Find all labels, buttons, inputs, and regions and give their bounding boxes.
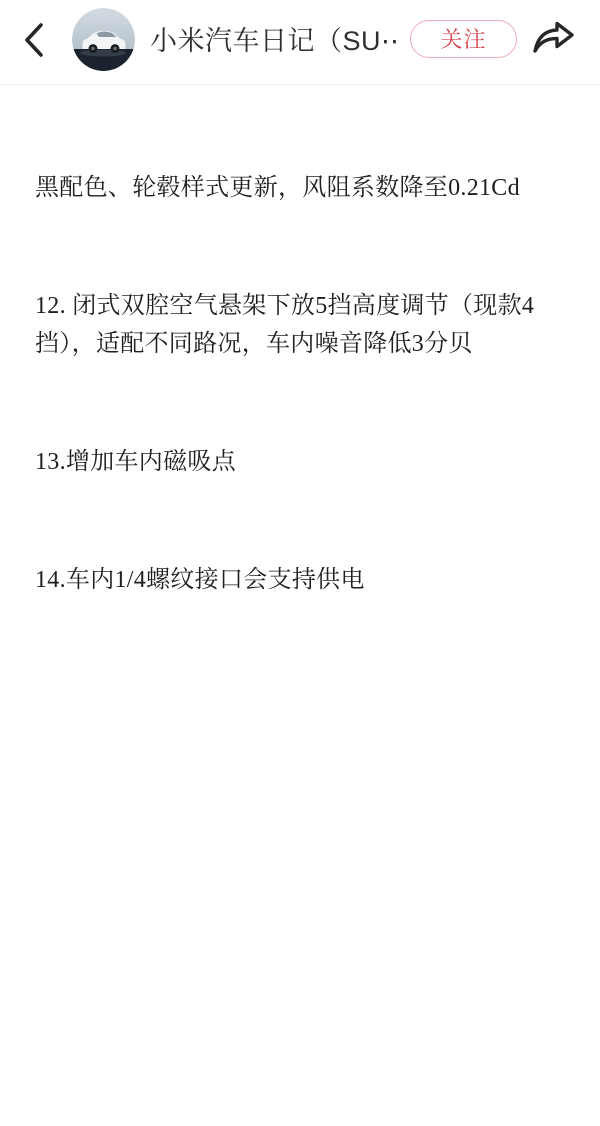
follow-button[interactable]: 关注	[410, 20, 517, 58]
paragraph: 黑配色、轮毂样式更新，风阻系数降至0.21Cd	[35, 169, 565, 207]
back-button[interactable]	[14, 16, 54, 64]
paragraph: 13.增加车内磁吸点	[35, 443, 565, 481]
chevron-left-icon	[23, 21, 45, 59]
navbar: 小米汽车日记（SU⋯ 关注	[0, 0, 600, 85]
article-content: 黑配色、轮毂样式更新，风阻系数降至0.21Cd 12. 闭式双腔空气悬架下放5挡…	[0, 86, 600, 679]
paragraph: 12. 闭式双腔空气悬架下放5挡高度调节（现款4 挡），适配不同路况，车内噪音降…	[35, 287, 565, 363]
avatar[interactable]	[72, 8, 135, 71]
screen: 小米汽车日记（SU⋯ 关注 黑配色、轮毂样式更新，风阻系数降至0.21Cd 12…	[0, 0, 600, 1126]
share-button[interactable]	[527, 17, 579, 63]
car-avatar-image	[72, 8, 135, 71]
paragraph: 14.车内1/4螺纹接口会支持供电	[35, 561, 565, 599]
page-title: 小米汽车日记（SU⋯	[150, 26, 400, 56]
share-icon	[528, 19, 578, 61]
